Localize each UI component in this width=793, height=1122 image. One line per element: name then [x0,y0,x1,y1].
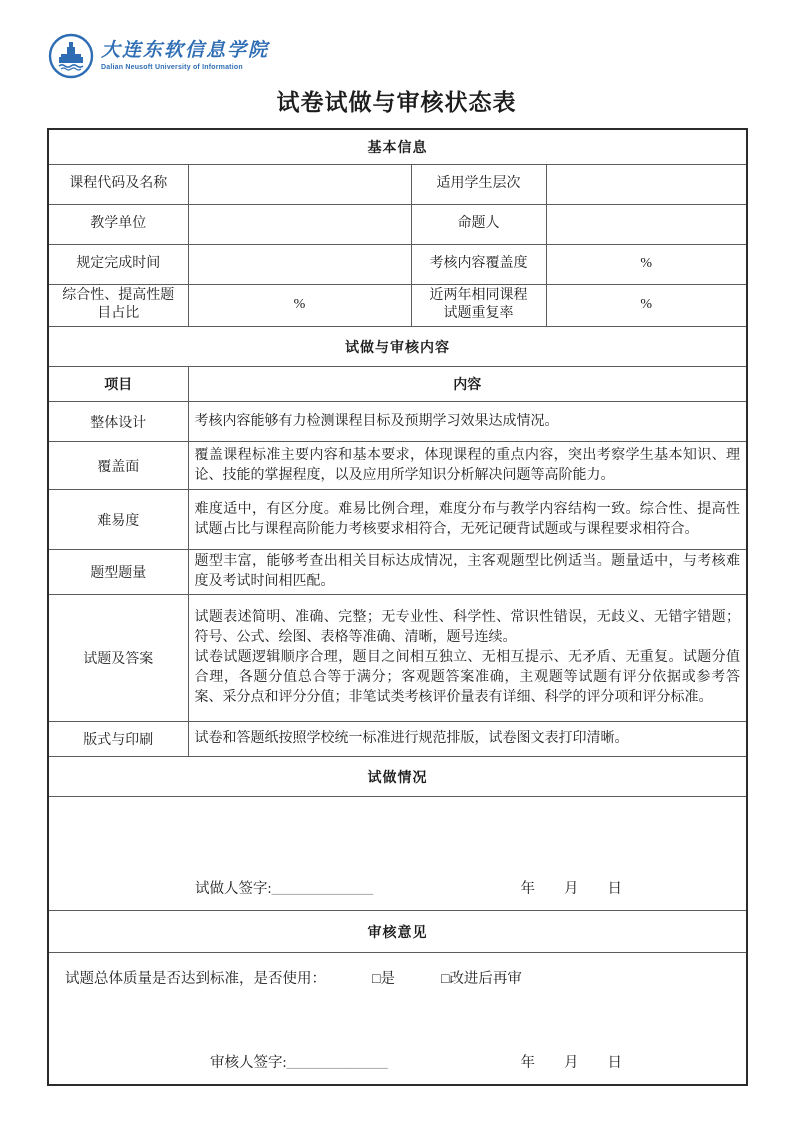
item-questions-answers: 试题及答案 [48,595,188,722]
item-overall-design: 整体设计 [48,402,188,442]
value-teaching-unit [188,204,411,244]
review-item-row: 覆盖面 覆盖课程标准主要内容和基本要求，体现课程的重点内容，突出考察学生基本知识… [48,442,747,490]
label-teaching-unit: 教学单位 [48,204,188,244]
signature-blank-line: ______________ [272,881,374,897]
label-content-coverage: 考核内容覆盖度 [411,244,546,284]
review-item-row: 题型题量 题型丰富，能够考查出相关目标达成情况，主客观题型比例适当。题量适中，与… [48,550,747,595]
column-header-row: 项目 内容 [48,367,747,402]
section-row-basic-info: 基本信息 [48,129,747,164]
content-coverage: 覆盖课程标准主要内容和基本要求，体现课程的重点内容，突出考察学生基本知识、理论、… [188,442,747,490]
review-signature: 审核人签字:______________ [210,1051,388,1072]
item-difficulty: 难易度 [48,490,188,550]
item-layout-printing: 版式与印刷 [48,722,188,757]
label-completion-time: 规定完成时间 [48,244,188,284]
trial-signature-label: 试做人签字: [195,881,272,897]
basic-info-row: 综合性、提高性题 目占比 % 近两年相同课程 试题重复率 % [48,284,747,327]
quality-question-label: 试题总体质量是否达到标准，是否使用： [65,971,326,987]
review-signature-row: 审核人签字:______________ 年 月 日 [55,1051,740,1072]
label-repetition-rate: 近两年相同课程 试题重复率 [411,284,546,327]
value-content-coverage-percent: % [546,244,747,284]
value-completion-time [188,244,411,284]
column-header-item: 项目 [48,367,188,402]
section-row-review-content: 试做与审核内容 [48,327,747,367]
quality-question-row: 试题总体质量是否达到标准，是否使用：□是□改进后再审 [55,967,740,988]
section-header-review-opinion: 审核意见 [48,911,747,953]
basic-info-row: 规定完成时间 考核内容覆盖度 % [48,244,747,284]
value-repetition-rate-percent: % [546,284,747,327]
review-opinion-row: 试题总体质量是否达到标准，是否使用：□是□改进后再审 审核人签字:_______… [48,953,747,1086]
section-header-review-content: 试做与审核内容 [48,327,747,367]
review-item-row: 整体设计 考核内容能够有力检测课程目标及预期学习效果达成情况。 [48,402,747,442]
document-title: 试卷试做与审核状态表 [0,84,793,117]
university-emblem-icon [48,33,94,79]
review-opinion-cell: 试题总体质量是否达到标准，是否使用：□是□改进后再审 审核人签字:_______… [48,953,747,1086]
label-comprehensive-ratio: 综合性、提高性题 目占比 [48,284,188,327]
section-row-trial: 试做情况 [48,757,747,797]
university-logo: 大连东软信息学院 Dalian Neusoft University of In… [48,33,269,79]
signature-blank-line: ______________ [287,1055,389,1071]
document-page: 大连东软信息学院 Dalian Neusoft University of In… [0,0,793,1122]
trial-area-row: 试做人签字:______________ 年 月 日 [48,797,747,911]
review-date-fields: 年 月 日 [521,1051,623,1072]
label-student-level: 适用学生层次 [411,164,546,204]
item-coverage: 覆盖面 [48,442,188,490]
option-revise-label: 改进后再审 [449,971,522,987]
trial-date-fields: 年 月 日 [521,877,623,898]
trial-signature-row: 试做人签字:______________ 年 月 日 [55,877,740,898]
university-name-en: Dalian Neusoft University of Information [101,64,269,71]
value-course-code-name [188,164,411,204]
university-name: 大连东软信息学院 Dalian Neusoft University of In… [101,41,269,71]
review-signature-label: 审核人签字: [210,1055,287,1071]
column-header-content: 内容 [188,367,747,402]
section-header-basic-info: 基本信息 [48,129,747,164]
section-row-review-opinion: 审核意见 [48,911,747,953]
content-difficulty: 难度适中，有区分度。难易比例合理，难度分布与教学内容结构一致。综合性、提高性试题… [188,490,747,550]
section-header-trial: 试做情况 [48,757,747,797]
label-question-setter: 命题人 [411,204,546,244]
checkbox-option-yes: □是 [372,971,395,987]
trial-area-cell: 试做人签字:______________ 年 月 日 [48,797,747,911]
university-name-cn: 大连东软信息学院 [101,41,269,62]
content-layout-printing: 试卷和答题纸按照学校统一标准进行规范排版，试卷图文表打印清晰。 [188,722,747,757]
review-item-row: 难易度 难度适中，有区分度。难易比例合理，难度分布与教学内容结构一致。综合性、提… [48,490,747,550]
content-question-types: 题型丰富，能够考查出相关目标达成情况，主客观题型比例适当。题量适中，与考核难度及… [188,550,747,595]
value-student-level [546,164,747,204]
item-question-types: 题型题量 [48,550,188,595]
basic-info-row: 教学单位 命题人 [48,204,747,244]
trial-signature: 试做人签字:______________ [195,877,373,898]
checkbox-option-revise: □改进后再审 [441,971,522,987]
value-question-setter [546,204,747,244]
value-comprehensive-ratio-percent: % [188,284,411,327]
review-item-row: 试题及答案 试题表述简明、准确、完整；无专业性、科学性、常识性错误，无歧义、无错… [48,595,747,722]
content-questions-answers: 试题表述简明、准确、完整；无专业性、科学性、常识性错误，无歧义、无错字错题；符号… [188,595,747,722]
basic-info-row: 课程代码及名称 适用学生层次 [48,164,747,204]
review-item-row: 版式与印刷 试卷和答题纸按照学校统一标准进行规范排版，试卷图文表打印清晰。 [48,722,747,757]
label-course-code-name: 课程代码及名称 [48,164,188,204]
form-table: 基本信息 课程代码及名称 适用学生层次 教学单位 命题人 规定完成时间 考核内容… [47,128,748,1086]
option-yes-label: 是 [380,971,395,987]
content-overall-design: 考核内容能够有力检测课程目标及预期学习效果达成情况。 [188,402,747,442]
